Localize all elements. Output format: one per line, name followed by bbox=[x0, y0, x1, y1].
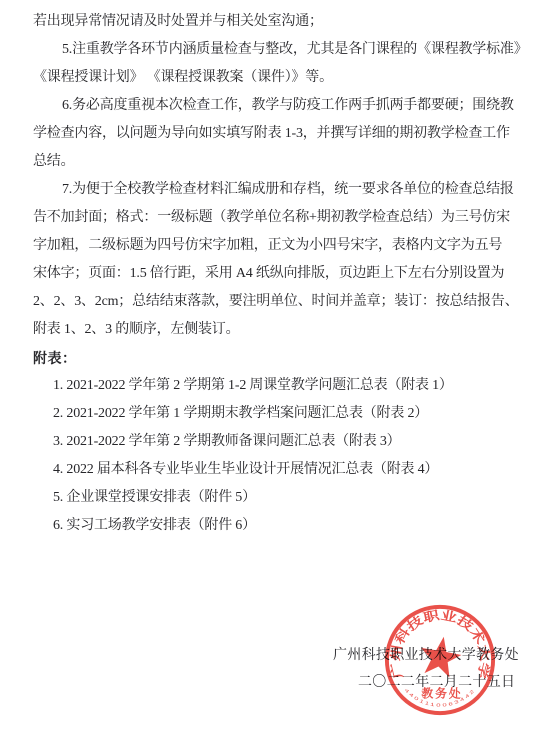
text-line: 宋体字；页面：1.5 倍行距，采用 A4 纸纵向排版，页边距上下左右分别设置为 bbox=[33, 260, 538, 288]
text-line: 7.为便于全校教学检查材料汇编成册和存档，统一要求各单位的检查总结报 bbox=[33, 176, 538, 204]
attachment-item: 4. 2022 届本科各专业毕业生毕业设计开展情况汇总表（附表 4） bbox=[33, 456, 538, 484]
text-line: 总结。 bbox=[33, 148, 538, 176]
text-line: 学检查内容，以问题为导向如实填写附表 1-3，并撰写详细的期初教学检查工作 bbox=[33, 120, 538, 148]
attachments-heading: 附表： bbox=[33, 344, 538, 372]
attachment-item: 6. 实习工场教学安排表（附件 6） bbox=[33, 512, 538, 540]
text-line: 附表 1、2、3 的顺序，左侧装订。 bbox=[33, 316, 538, 344]
text-line: 2、2、3、2cm；总结结束落款，要注明单位、时间并盖章；装订：按总结报告、 bbox=[33, 288, 538, 316]
text-line: 《课程授课计划》 《课程授课教案（课件）》等。 bbox=[33, 64, 538, 92]
attachment-item: 2. 2021-2022 学年第 1 学期期末教学档案问题汇总表（附表 2） bbox=[33, 400, 538, 428]
text-line: 5.注重教学各环节内涵质量检查与整改，尤其是各门课程的《课程教学标准》 bbox=[33, 36, 538, 64]
text-line: 若出现异常情况请及时处置并与相关处室沟通； bbox=[33, 8, 538, 36]
attachment-item: 1. 2021-2022 学年第 2 学期第 1-2 周课堂教学问题汇总表（附表… bbox=[33, 372, 538, 400]
text-line: 6.务必高度重视本次检查工作，教学与防疫工作两手抓两手都要硬；围绕教 bbox=[33, 92, 538, 120]
attachment-item: 5. 企业课堂授课安排表（附件 5） bbox=[33, 484, 538, 512]
official-seal: 广州科技职业技术大学 教务处 4401110063442 bbox=[381, 601, 499, 719]
text-line: 字加粗，二级标题为四号仿宋字加粗，正文为小四号宋字，表格内文字为五号 bbox=[33, 232, 538, 260]
seal-title: 教务处 bbox=[420, 686, 462, 700]
document-page: 若出现异常情况请及时处置并与相关处室沟通； 5.注重教学各环节内涵质量检查与整改… bbox=[0, 0, 552, 731]
document-body: 若出现异常情况请及时处置并与相关处室沟通； 5.注重教学各环节内涵质量检查与整改… bbox=[33, 8, 538, 540]
star-icon bbox=[417, 633, 464, 679]
text-line: 告不加封面；格式：一级标题（教学单位名称+期初教学检查总结）为三号仿宋 bbox=[33, 204, 538, 232]
attachment-item: 3. 2021-2022 学年第 2 学期教师备课问题汇总表（附表 3） bbox=[33, 428, 538, 456]
